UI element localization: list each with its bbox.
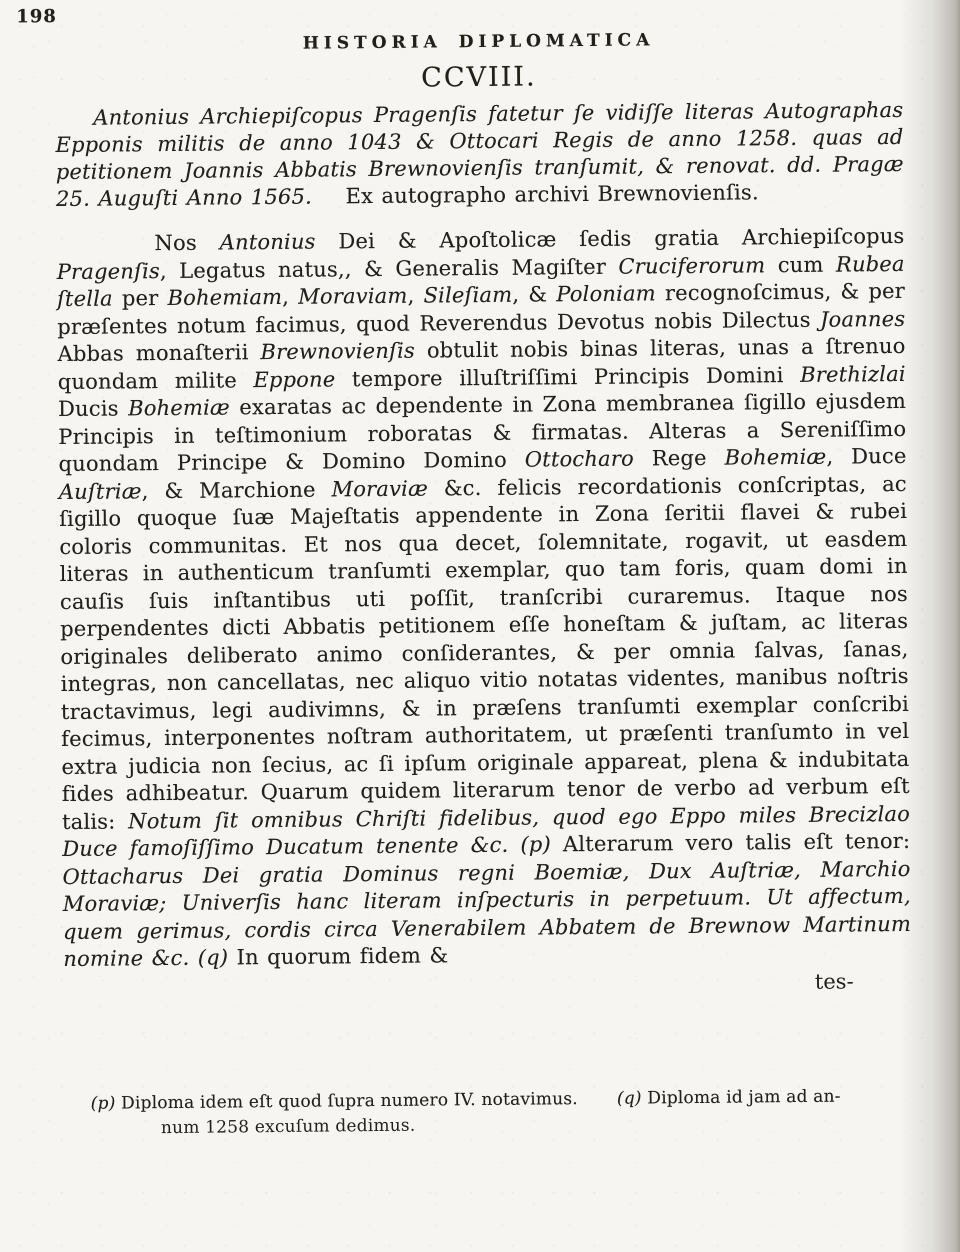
page-number: 198 (16, 6, 57, 27)
page-content: 198 HISTORIA DIPLOMATICA CCVIII. Antoniu… (0, 0, 960, 1003)
scanned-page: 198 HISTORIA DIPLOMATICA CCVIII. Antoniu… (0, 0, 960, 1252)
catchword: tes- (64, 967, 912, 1002)
footnote-block: (p) Diploma idem eſt quod ſupra numero I… (91, 1084, 921, 1142)
summary-paragraph: Antonius Archiepiſcopus Pragenſis fatetu… (55, 97, 904, 213)
body-paragraph: Nos Antonius Dei & Apoſtolicæ ſedis grat… (56, 223, 911, 974)
section-number: CCVIII. (55, 58, 903, 97)
running-title: HISTORIA DIPLOMATICA (54, 28, 902, 56)
